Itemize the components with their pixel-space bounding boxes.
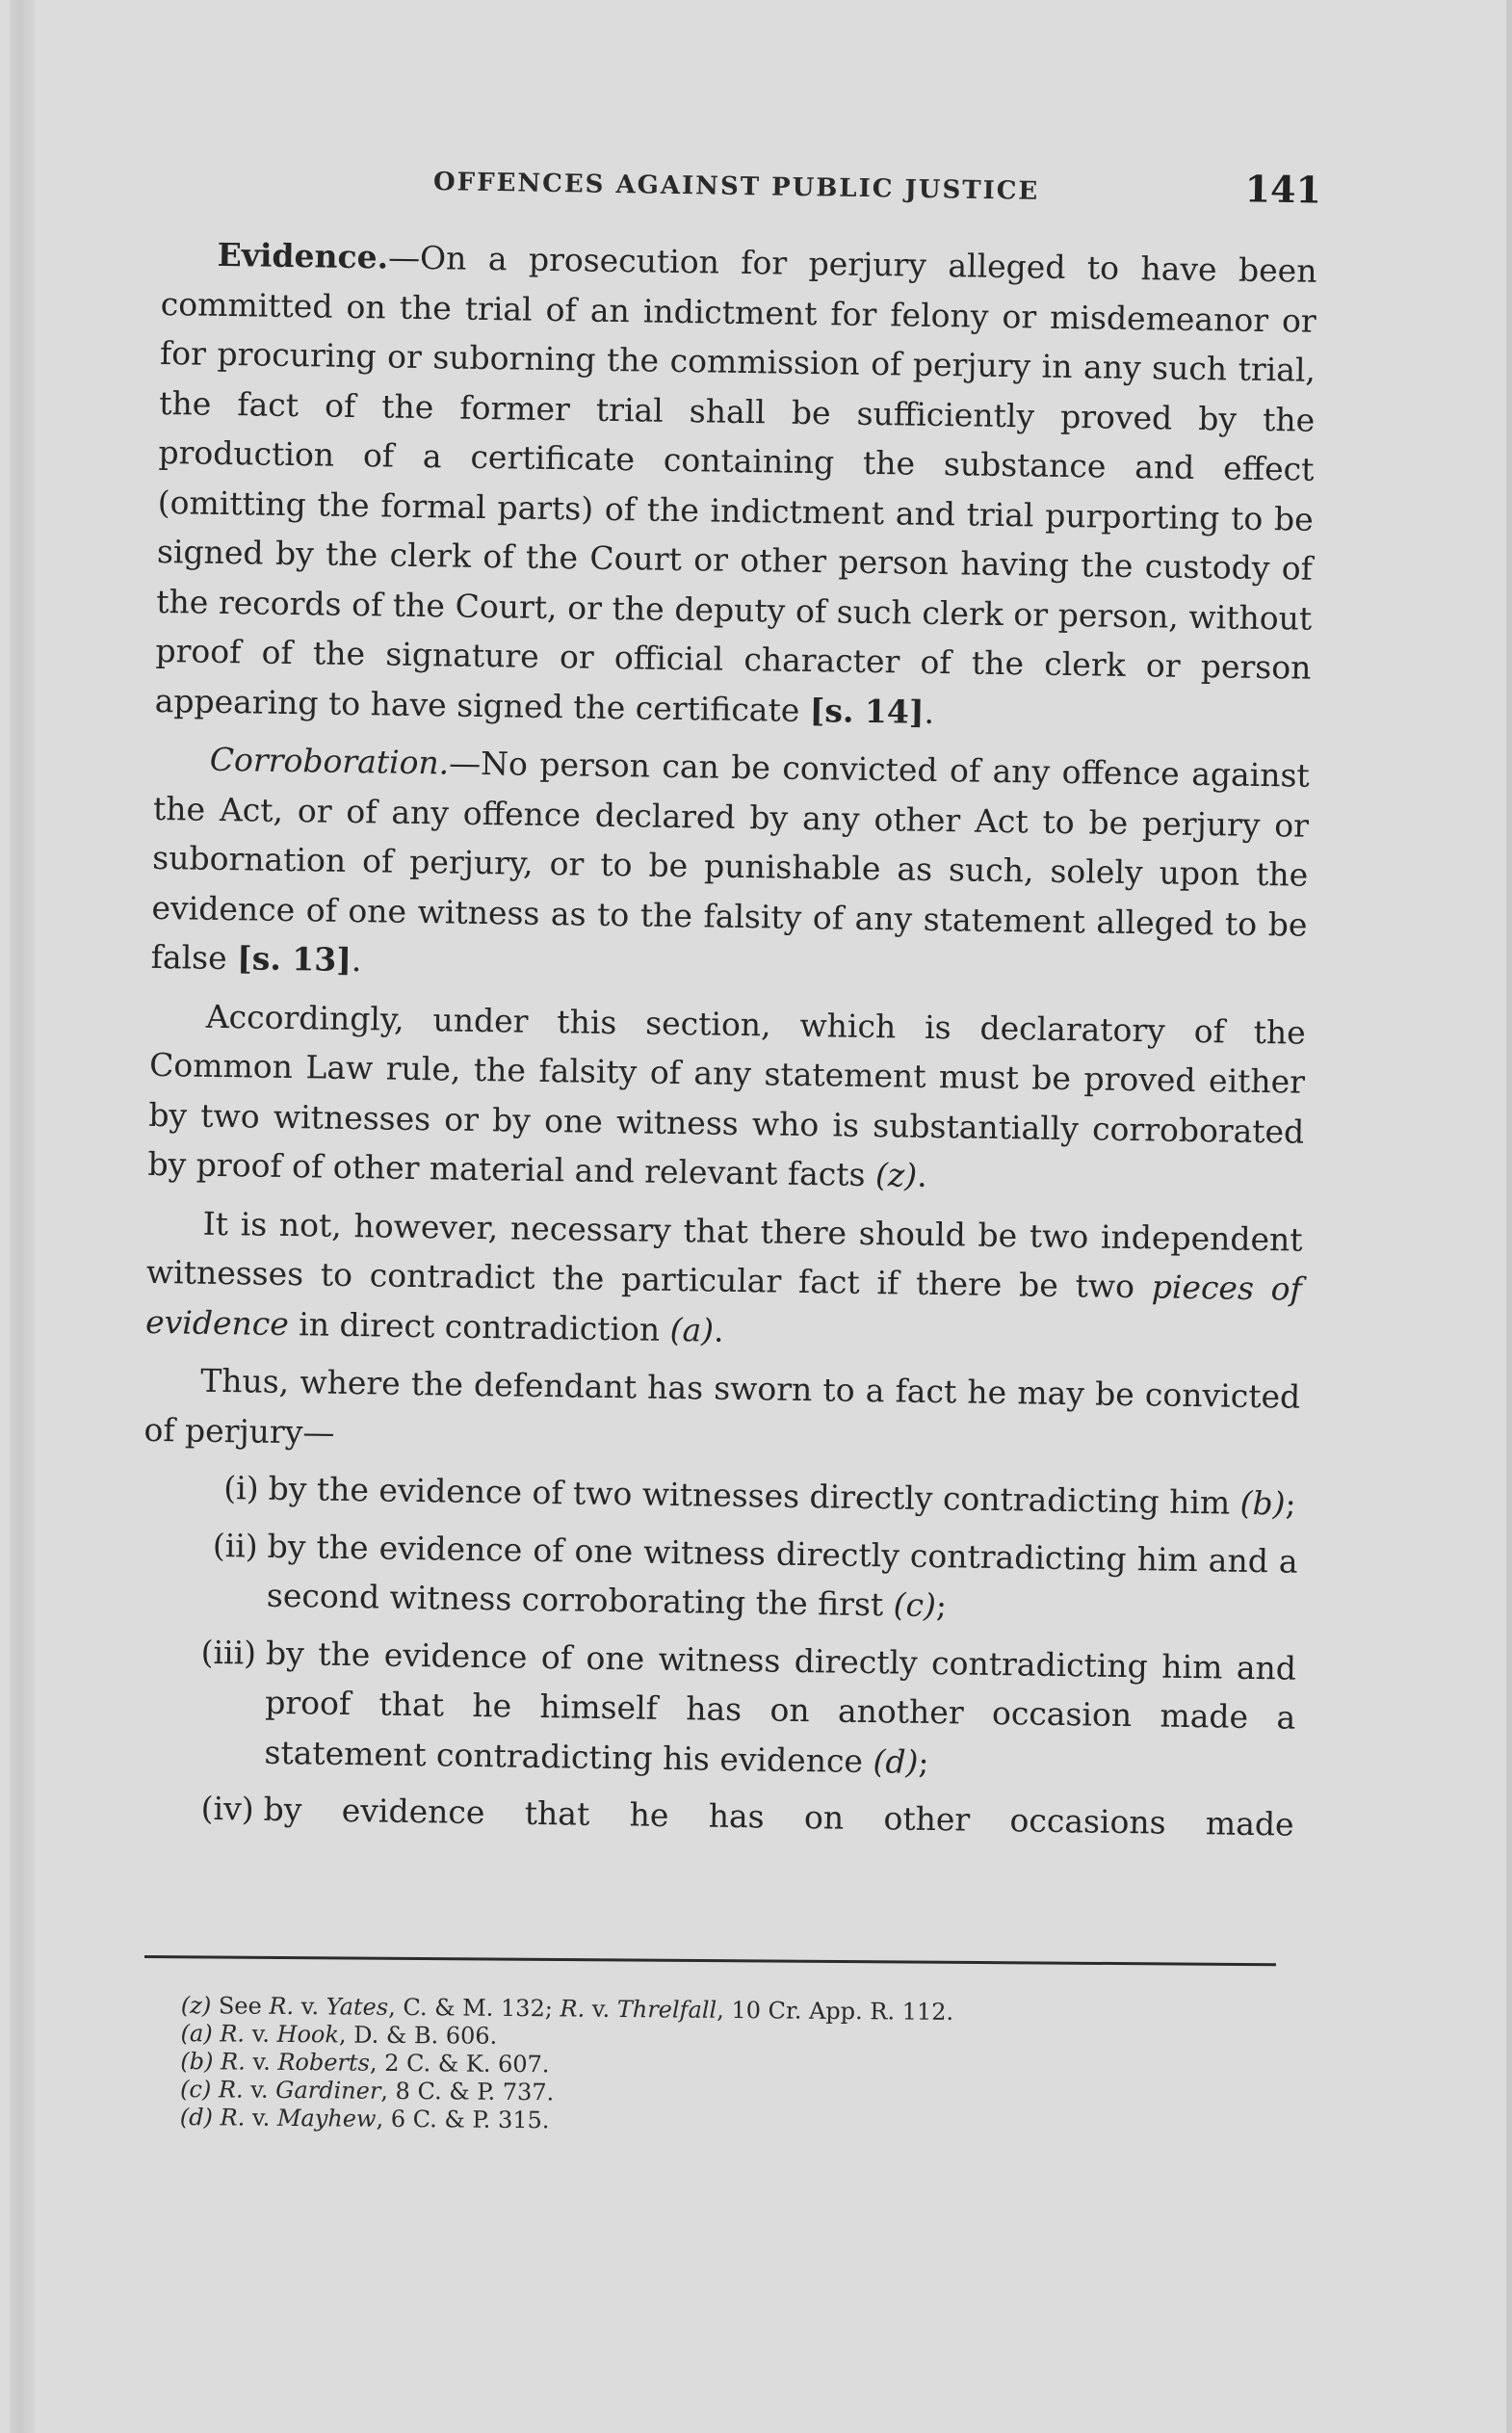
case-party: Hook — [276, 2021, 339, 2049]
footnote-reference[interactable]: (a) — [669, 1310, 714, 1348]
paragraph-corroboration: Corroboration.—No person can be convicte… — [150, 734, 1310, 999]
list-item-text: by the evidence of two witnesses directl… — [268, 1470, 1240, 1522]
paragraph-text: —On a prosecution for perjury alleged to… — [154, 238, 1316, 728]
list-marker: (ii) — [142, 1519, 269, 1620]
list-marker: (iii) — [139, 1626, 266, 1776]
punctuation: . — [917, 1157, 927, 1194]
footnote-reference[interactable]: (c) — [893, 1585, 936, 1624]
case-party: R. — [220, 2020, 245, 2047]
list-item: (iii) by the evidence of one witness dir… — [139, 1626, 1296, 1792]
citation: , D. & B. 606. — [339, 2021, 497, 2049]
footnote-mark: (b) — [180, 2048, 213, 2075]
punctuation: . — [714, 1311, 724, 1348]
page-edge — [1506, 0, 1512, 2433]
footnotes: (z) See R. v. Yates, C. & M. 132; R. v. … — [180, 1992, 1337, 2141]
list-item-body: by the evidence of one witness directly … — [264, 1628, 1296, 1792]
case-party: Roberts — [277, 2049, 370, 2077]
footnote-mark: (c) — [180, 2076, 211, 2103]
case-party: R. — [269, 1993, 294, 2020]
section-reference: [s. 13] — [237, 939, 352, 979]
footnote-text: v. — [585, 1996, 617, 2023]
footnote-mark: (z) — [181, 1992, 212, 2019]
list-item-text: by evidence that he has on other occasio… — [263, 1791, 1293, 1844]
citation: , 8 C. & P. 737. — [380, 2078, 554, 2106]
case-party: R. — [220, 2104, 245, 2131]
list-marker: (i) — [143, 1462, 269, 1513]
paragraph-text: It is not, however, necessary that there… — [146, 1204, 1303, 1305]
footnote-text: See — [219, 1992, 270, 2019]
list-item-text: by the evidence of one witness directly … — [264, 1634, 1296, 1779]
run-in-heading-corroboration: Corroboration. — [210, 741, 450, 782]
case-party: Yates — [326, 1993, 389, 2021]
case-party: Gardiner — [275, 2077, 380, 2105]
enumerated-list: (i) by the evidence of two witnesses dir… — [138, 1462, 1299, 1849]
paragraph-not-necessary: It is not, however, necessary that there… — [145, 1197, 1303, 1363]
paragraph-text: Accordingly, under this section, which i… — [147, 997, 1306, 1193]
footnote-reference[interactable]: (z) — [875, 1156, 918, 1194]
list-item: (i) by the evidence of two witnesses dir… — [143, 1462, 1299, 1529]
paragraph-evidence: Evidence.—On a prosecution for perjury a… — [154, 229, 1317, 743]
running-title: OFFENCES AGAINST PUBLIC JUSTICE — [433, 168, 1040, 206]
run-in-heading-evidence: Evidence. — [217, 236, 388, 276]
footnote-reference[interactable]: (d) — [873, 1742, 918, 1781]
footnote-mark: (a) — [181, 2020, 213, 2047]
footnote-text: v. — [245, 2021, 277, 2048]
list-marker: (iv) — [138, 1783, 264, 1834]
list-item: (ii) by the evidence of one witness dire… — [142, 1519, 1298, 1635]
footnote-mark: (d) — [180, 2104, 213, 2131]
case-party: R. — [219, 2076, 244, 2103]
citation: , 10 Cr. App. R. 112. — [717, 1997, 953, 2026]
body-text: Evidence.—On a prosecution for perjury a… — [138, 229, 1317, 1857]
binding-shadow — [10, 0, 35, 2433]
punctuation: ; — [936, 1586, 948, 1624]
punctuation: . — [924, 693, 934, 730]
case-party: R. — [221, 2048, 246, 2075]
citation: , 6 C. & P. 315. — [376, 2106, 549, 2134]
list-item: (iv) by evidence that he has on other oc… — [138, 1783, 1294, 1849]
footnote-divider — [144, 1955, 1276, 1966]
case-party: Threlfall — [617, 1996, 717, 2024]
list-item-body: by evidence that he has on other occasio… — [263, 1785, 1294, 1849]
scanned-page: OFFENCES AGAINST PUBLIC JUSTICE 141 Evid… — [0, 0, 1512, 2433]
punctuation: ; — [1285, 1484, 1296, 1522]
case-party: R. — [560, 1995, 585, 2022]
running-header: OFFENCES AGAINST PUBLIC JUSTICE 141 — [433, 154, 1397, 227]
paragraph-thus: Thus, where the defendant has sworn to a… — [143, 1355, 1300, 1472]
section-reference: [s. 14] — [810, 692, 925, 731]
footnote-text: v. — [244, 2077, 276, 2104]
list-item-body: by the evidence of two witnesses directl… — [268, 1464, 1299, 1529]
footnote-reference[interactable]: (b) — [1239, 1484, 1285, 1523]
footnote-text: v. — [245, 2105, 277, 2132]
page-number: 141 — [1244, 167, 1321, 211]
list-item-body: by the evidence of one witness directly … — [267, 1521, 1298, 1635]
footnote-text: v. — [294, 1993, 326, 2020]
citation: , 2 C. & K. 607. — [370, 2050, 550, 2079]
footnote-text: v. — [246, 2049, 278, 2076]
punctuation: . — [352, 941, 362, 979]
punctuation: ; — [918, 1742, 929, 1780]
paragraph-accordingly: Accordingly, under this section, which i… — [147, 990, 1306, 1206]
list-item-text: by the evidence of one witness directly … — [267, 1527, 1298, 1623]
citation: , C. & M. 132; — [388, 1994, 560, 2023]
case-party: Mayhew — [277, 2105, 377, 2132]
paragraph-text: in direct contradiction — [289, 1305, 670, 1348]
paragraph-text: Thus, where the defendant has sworn to a… — [143, 1362, 1300, 1452]
